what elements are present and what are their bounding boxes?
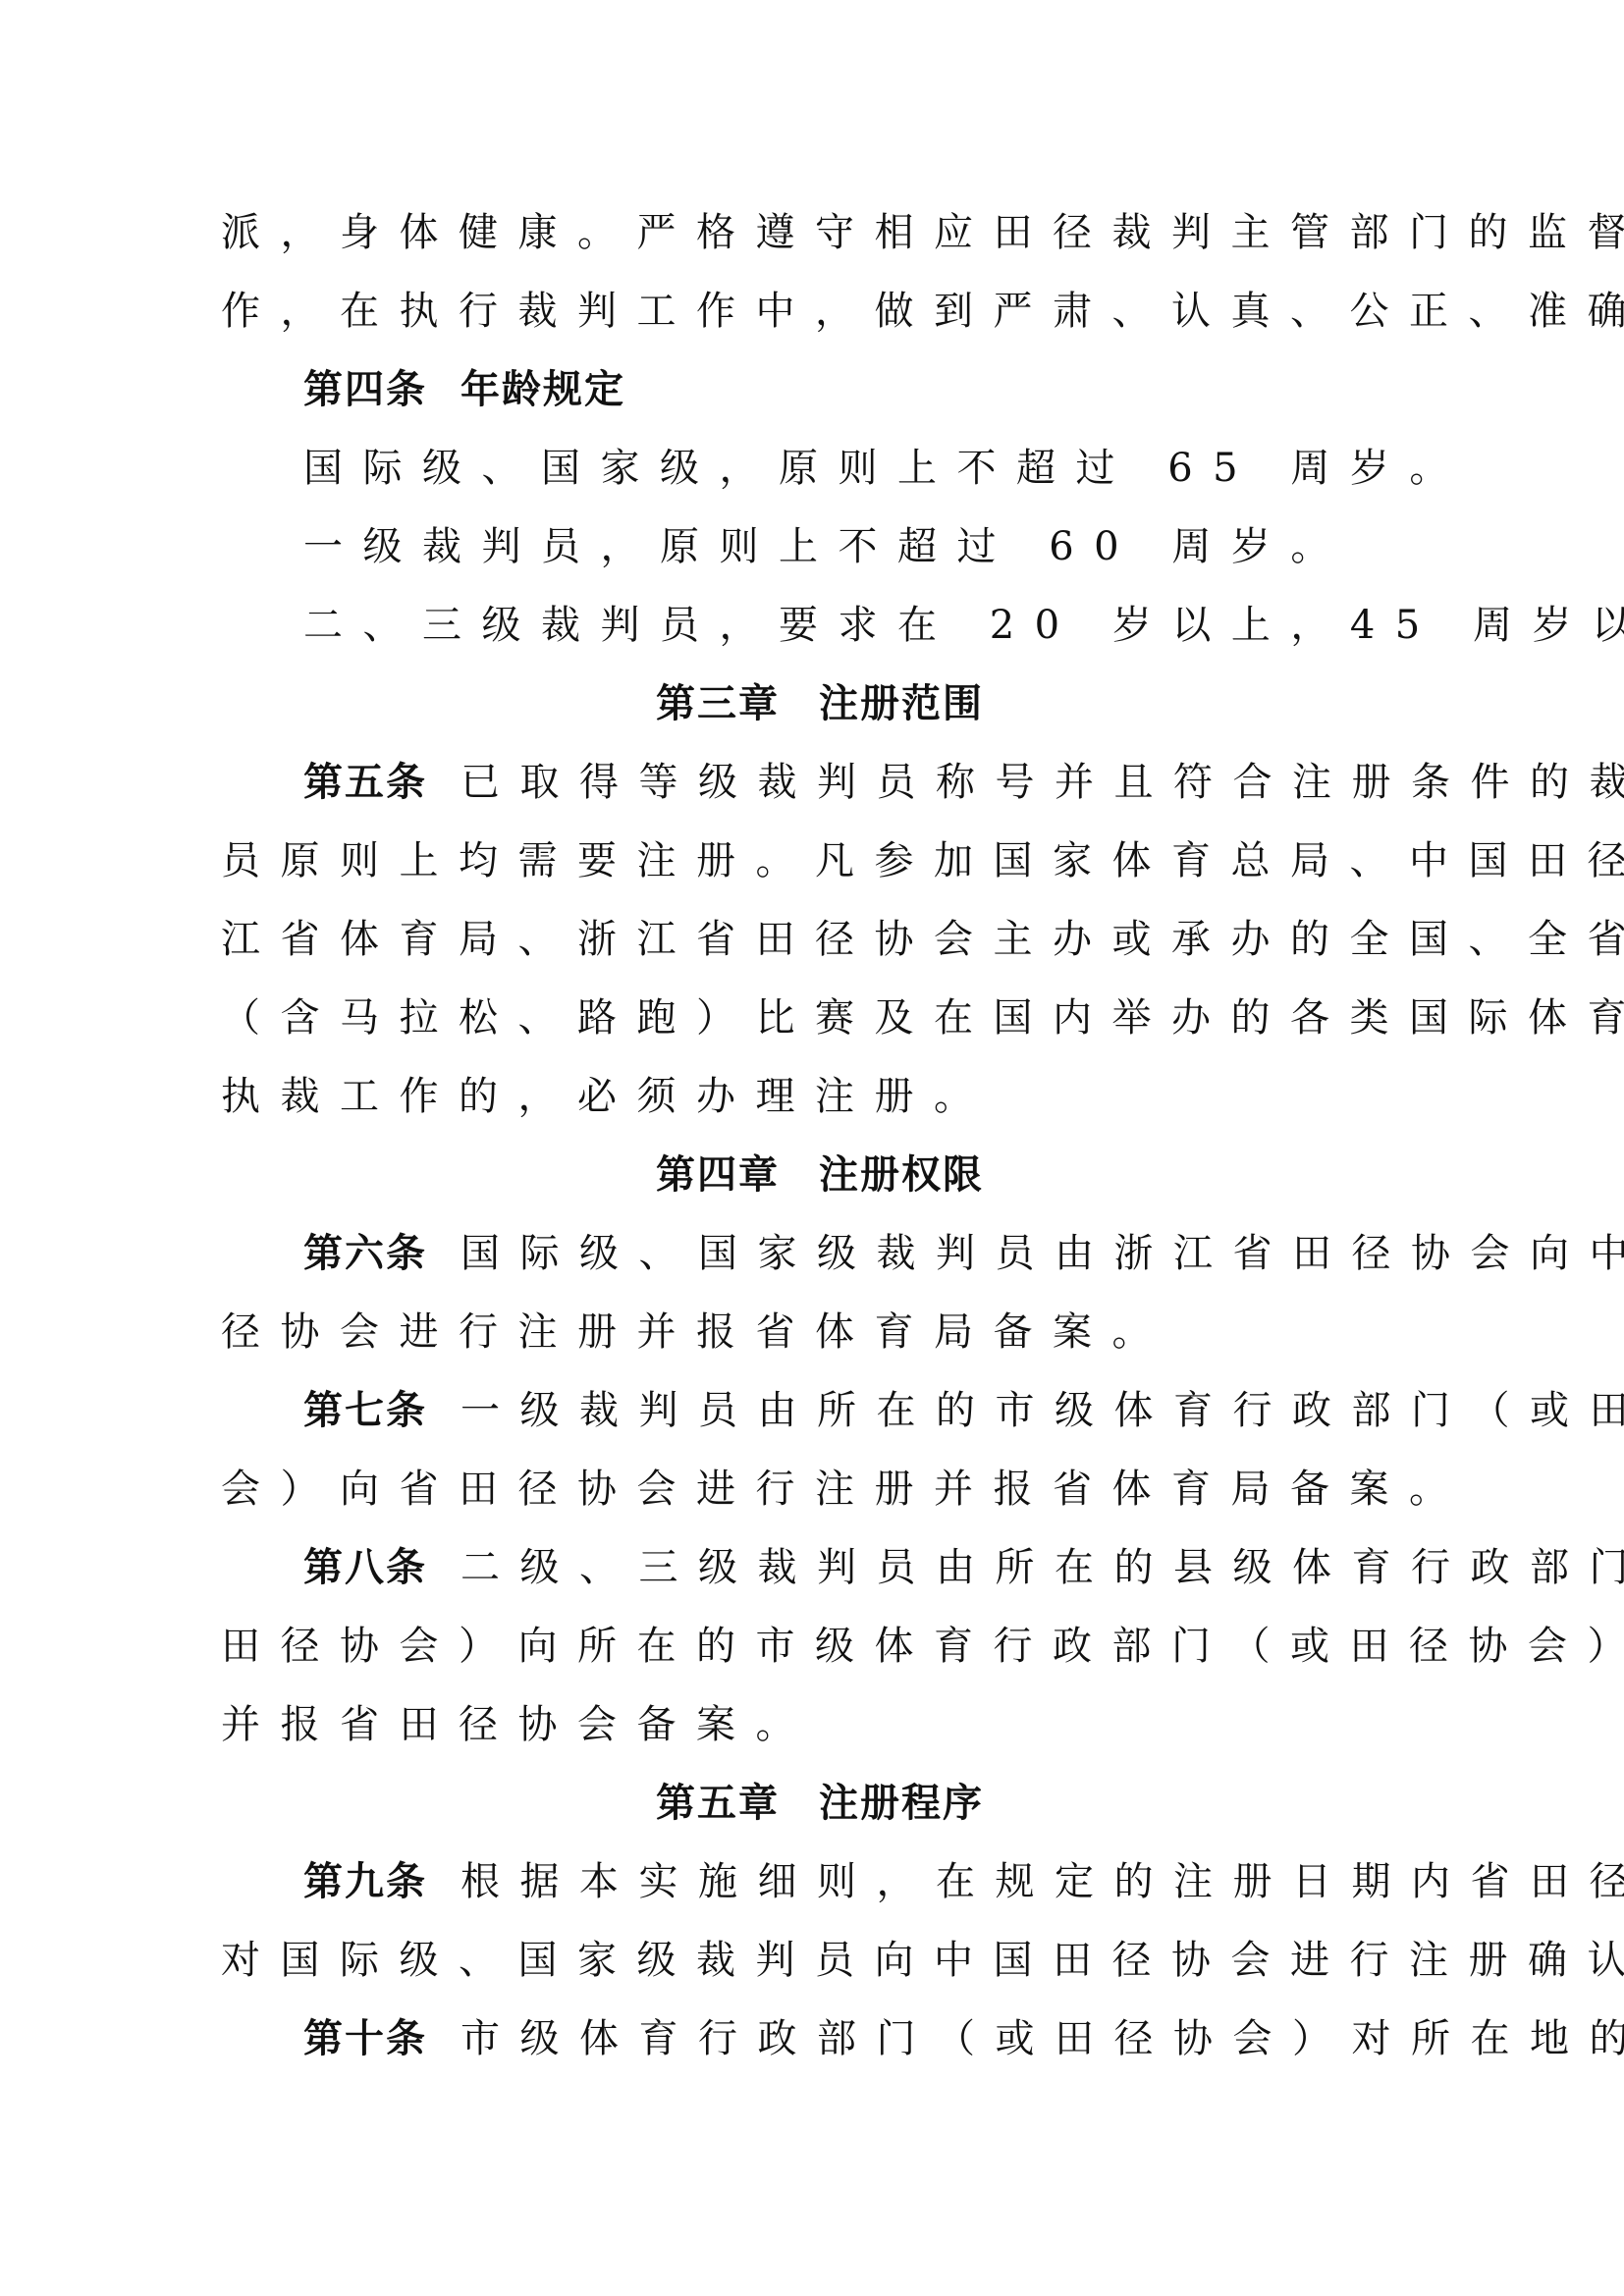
chapter-label: 第三章 [656,681,780,726]
article-text: 二级、三级裁判员由所在的县级体育行政部门（或 [460,1545,1624,1590]
paragraph-line: 径协会进行注册并报省体育局备案。 [221,1308,1438,1386]
article-label: 第六条 [303,1231,427,1276]
article-label: 第十条 [303,2016,427,2061]
paragraph-line: 执裁工作的，必须办理注册。 [221,1072,1438,1150]
chapter-heading-4: 第四章注册权限 [221,1150,1438,1229]
paragraph-line: 派，身体健康。严格遵守相应田径裁判主管部门的监督和管理工 [221,208,1438,287]
article-8-first-line: 第八条二级、三级裁判员由所在的县级体育行政部门（或 [221,1543,1438,1622]
article-label: 第五条 [303,760,427,805]
paragraph-line: 对国际级、国家级裁判员向中国田径协会进行注册确认。 [221,1936,1438,2014]
article-5-first-line: 第五条已取得等级裁判员称号并且符合注册条件的裁判 [221,758,1438,836]
article-text: 已取得等级裁判员称号并且符合注册条件的裁判 [460,760,1624,805]
chapter-title: 注册权限 [819,1152,984,1198]
paragraph-line: 国际级、国家级，原则上不超过 65 周岁。 [221,444,1438,522]
article-text: 国际级、国家级裁判员由浙江省田径协会向中国田 [460,1231,1624,1276]
article-text: 市级体育行政部门（或田径协会）对所在地的一级 [460,2016,1624,2061]
article-label: 第八条 [303,1545,427,1590]
article-6-first-line: 第六条国际级、国家级裁判员由浙江省田径协会向中国田 [221,1229,1438,1308]
paragraph-line: 二、三级裁判员，要求在 20 岁以上，45 周岁以下。 [221,601,1438,679]
article-text: 根据本实施细则，在规定的注册日期内省田径协会 [460,1859,1624,1904]
paragraph-line: 员原则上均需要注册。凡参加国家体育总局、中国田径协会、浙 [221,836,1438,915]
paragraph-line: 田径协会）向所在的市级体育行政部门（或田径协会）进行注册 [221,1622,1438,1700]
article-9-first-line: 第九条根据本实施细则，在规定的注册日期内省田径协会 [221,1857,1438,1936]
paragraph-line: 作，在执行裁判工作中，做到严肃、认真、公正、准确。 [221,287,1438,365]
paragraph-line: 一级裁判员，原则上不超过 60 周岁。 [221,522,1438,601]
paragraph-line: 江省体育局、浙江省田径协会主办或承办的全国、全省各类田径 [221,915,1438,993]
document-page: 派，身体健康。严格遵守相应田径裁判主管部门的监督和管理工 作，在执行裁判工作中，… [221,208,1438,2093]
article-label: 第四条 [303,367,427,412]
article-heading-4: 第四条年龄规定 [221,365,1438,444]
chapter-heading-5: 第五章注册程序 [221,1779,1438,1857]
article-10-first-line: 第十条市级体育行政部门（或田径协会）对所在地的一级 [221,2014,1438,2093]
chapter-title: 注册范围 [819,681,984,726]
paragraph-line: 并报省田径协会备案。 [221,1700,1438,1779]
paragraph-line: （含马拉松、路跑）比赛及在国内举办的各类国际体育相关赛事 [221,993,1438,1072]
article-text: 一级裁判员由所在的市级体育行政部门（或田径协 [460,1388,1624,1433]
article-label: 第七条 [303,1388,427,1433]
article-label: 第九条 [303,1859,427,1904]
chapter-heading-3: 第三章注册范围 [221,679,1438,758]
paragraph-line: 会）向省田径协会进行注册并报省体育局备案。 [221,1465,1438,1543]
chapter-label: 第五章 [656,1781,780,1826]
article-title: 年龄规定 [460,367,625,412]
chapter-title: 注册程序 [819,1781,984,1826]
article-7-first-line: 第七条一级裁判员由所在的市级体育行政部门（或田径协 [221,1386,1438,1465]
chapter-label: 第四章 [656,1152,780,1198]
